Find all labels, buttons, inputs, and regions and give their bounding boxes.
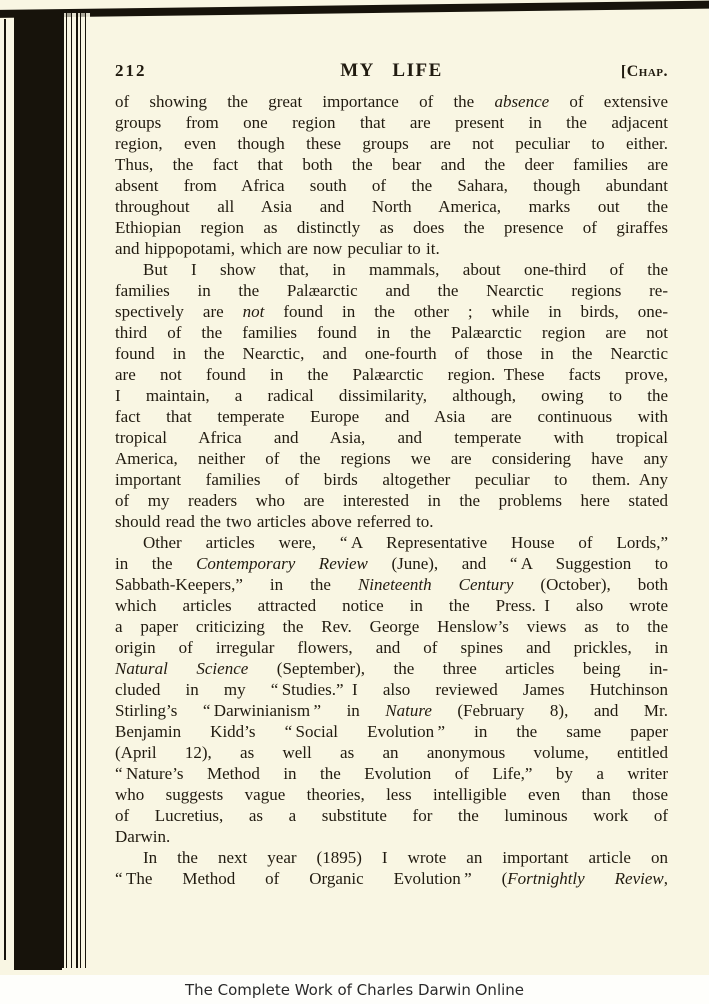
text-line: Darwin.: [115, 826, 668, 847]
text-line: region, even though these groups are not…: [115, 133, 668, 154]
text-line: (April 12), as well as an anonymous volu…: [115, 742, 668, 763]
text-line: origin of irregular flowers, and of spin…: [115, 637, 668, 658]
paragraph: of showing the great importance of the a…: [115, 91, 668, 259]
site-footer-text: The Complete Work of Charles Darwin Onli…: [185, 981, 524, 999]
text-line: groups from one region that are present …: [115, 112, 668, 133]
text-line: absent from Africa south of the Sahara, …: [115, 175, 668, 196]
text-line: are not found in the Palæarctic region. …: [115, 364, 668, 385]
text-line: But I show that, in mammals, about one-t…: [115, 259, 668, 280]
text-line: tropical Africa and Asia, and temperate …: [115, 427, 668, 448]
text-line: Natural Science (September), the three a…: [115, 658, 668, 679]
body-text-block: of showing the great importance of the a…: [115, 91, 668, 889]
text-line: Other articles were, “ A Representative …: [115, 532, 668, 553]
text-line: Benjamin Kidd’s “ Social Evolution ” in …: [115, 721, 668, 742]
text-line: Stirling’s “ Darwinianism ” in Nature (F…: [115, 700, 668, 721]
text-line: fact that temperate Europe and Asia are …: [115, 406, 668, 427]
text-line: throughout all Asia and North America, m…: [115, 196, 668, 217]
paragraph: Other articles were, “ A Representative …: [115, 532, 668, 847]
text-line: “ The Method of Organic Evolution ” (For…: [115, 868, 668, 889]
gutter-black-block: [14, 13, 62, 970]
text-line: families in the Palæarctic and the Nearc…: [115, 280, 668, 301]
book-gutter-shadow: [0, 13, 96, 970]
paragraph: But I show that, in mammals, about one-t…: [115, 259, 668, 532]
text-line: in the Contemporary Review (June), and “…: [115, 553, 668, 574]
text-line: should read the two articles above refer…: [115, 511, 668, 532]
site-footer-bar: The Complete Work of Charles Darwin Onli…: [0, 975, 709, 1004]
text-line: of Lucretius, as a substitute for the lu…: [115, 805, 668, 826]
page-number: 212: [115, 61, 299, 81]
running-title: MY LIFE: [299, 60, 483, 82]
text-line: “ Nature’s Method in the Evolution of Li…: [115, 763, 668, 784]
paragraph: In the next year (1895) I wrote an impor…: [115, 847, 668, 889]
scan-top-edge-line: [0, 0, 709, 18]
text-line: Sabbath-Keepers,” in the Nineteenth Cent…: [115, 574, 668, 595]
text-line: and hippopotami, which are now peculiar …: [115, 238, 668, 259]
text-line: which articles attracted notice in the P…: [115, 595, 668, 616]
page-header: 212 MY LIFE [Chap.: [115, 60, 668, 82]
text-line: Thus, the fact that both the bear and th…: [115, 154, 668, 175]
text-line: who suggests vague theories, less intell…: [115, 784, 668, 805]
gutter-thin-line: [4, 19, 6, 960]
text-line: important families of birds altogether p…: [115, 469, 668, 490]
text-line: of my readers who are interested in the …: [115, 490, 668, 511]
text-line: spectively are not found in the other ; …: [115, 301, 668, 322]
chapter-marker: [Chap.: [484, 63, 668, 81]
gutter-streak-texture: [62, 13, 90, 968]
scanned-book-page: 212 MY LIFE [Chap. of showing the great …: [0, 0, 709, 975]
text-line: In the next year (1895) I wrote an impor…: [115, 847, 668, 868]
text-line: third of the families found in the Palæa…: [115, 322, 668, 343]
text-line: I maintain, a radical dissimilarity, alt…: [115, 385, 668, 406]
text-line: a paper criticizing the Rev. George Hens…: [115, 616, 668, 637]
text-line: Ethiopian region as distinctly as does t…: [115, 217, 668, 238]
text-line: of showing the great importance of the a…: [115, 91, 668, 112]
text-line: found in the Nearctic, and one-fourth of…: [115, 343, 668, 364]
text-line: cluded in my “ Studies.” I also reviewed…: [115, 679, 668, 700]
text-line: America, neither of the regions we are c…: [115, 448, 668, 469]
